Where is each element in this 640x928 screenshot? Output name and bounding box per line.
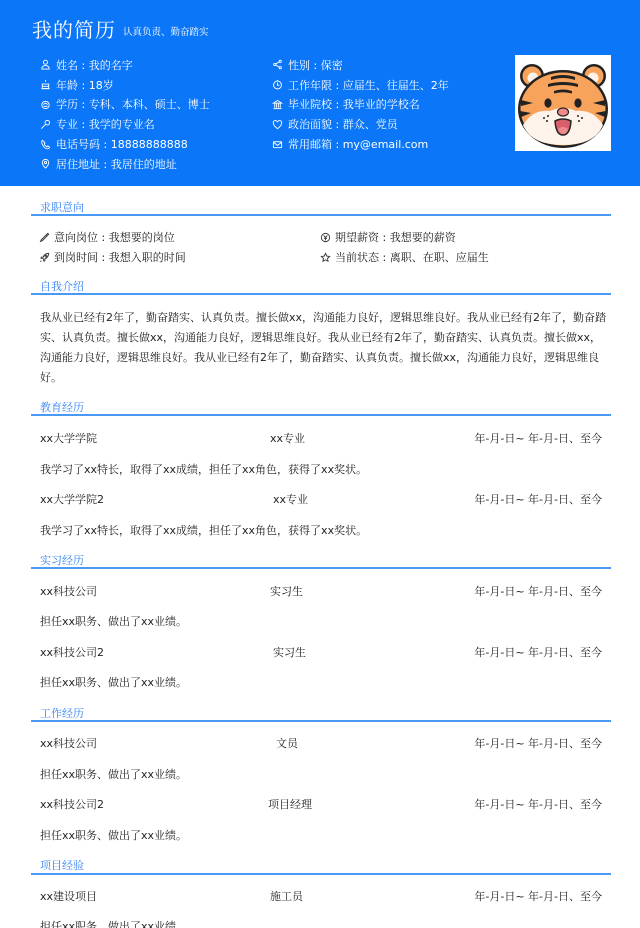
salary-icon <box>319 231 332 244</box>
work-entry-1: xx科技公司 文员 年-月-日~ 年-月-日、至今 <box>40 735 602 751</box>
resume-motto: 认真负责、勤奋踏实 <box>123 24 209 38</box>
entry-date: 年-月-日~ 年-月-日、至今 <box>474 583 602 599</box>
entry-role: xx专业 <box>270 430 305 446</box>
tiger-avatar-icon <box>515 55 611 151</box>
phone-icon <box>38 137 52 151</box>
internship-entry-2: xx科技公司2 实习生 年-月-日~ 年-月-日、至今 <box>40 644 602 660</box>
rocket-icon <box>38 251 51 264</box>
entry-name: xx科技公司2 <box>40 796 104 812</box>
mail-icon <box>270 137 284 151</box>
entry-description: 担任xx职务、做出了xx业绩。 <box>40 827 187 843</box>
intent-value: 离职、在职、应届生 <box>390 249 489 265</box>
star-icon <box>319 251 332 264</box>
info-school: 毕业院校 我毕业的学校名 <box>270 95 449 115</box>
wrench-icon <box>38 117 52 131</box>
intent-value: 我想入职的时间 <box>109 249 186 265</box>
entry-name: xx科技公司 <box>40 583 97 599</box>
info-name: 姓名 我的名字 <box>38 55 210 75</box>
section-divider <box>31 567 611 569</box>
intent-position: 意向岗位 我想要的岗位 <box>38 229 175 245</box>
entry-role: 项目经理 <box>268 796 312 812</box>
entry-name: xx科技公司 <box>40 735 97 751</box>
entry-name: xx大学学院2 <box>40 491 104 507</box>
info-value: 我居住的地址 <box>111 156 177 172</box>
info-value: 我的名字 <box>89 57 133 73</box>
info-value: 应届生、往届生、2年 <box>343 77 449 93</box>
intent-value: 我想要的薪资 <box>390 229 456 245</box>
section-divider <box>31 873 611 875</box>
education-icon <box>38 97 52 111</box>
info-politics: 政治面貌 群众、党员 <box>270 114 449 134</box>
info-work-years: 工作年限 应届生、往届生、2年 <box>270 75 449 95</box>
avatar <box>515 55 611 151</box>
info-value: 18888888888 <box>111 138 188 151</box>
info-address: 居住地址 我居住的地址 <box>38 154 210 174</box>
intent-salary: 期望薪资 我想要的薪资 <box>319 229 456 245</box>
education-entry-1: xx大学学院 xx专业 年-月-日~ 年-月-日、至今 <box>40 430 602 446</box>
entry-name: xx大学学院 <box>40 430 97 446</box>
info-email: 常用邮箱 my@email.com <box>270 134 449 154</box>
info-gender: 性别 保密 <box>270 55 449 75</box>
entry-description: 我学习了xx特长，取得了xx成绩，担任了xx角色，获得了xx奖状。 <box>40 461 367 477</box>
info-value: 保密 <box>321 57 343 73</box>
section-title-intro: 自我介绍 <box>40 278 84 294</box>
heart-icon <box>270 117 284 131</box>
info-value: 专科、本科、硕士、博士 <box>89 96 210 112</box>
entry-date: 年-月-日~ 年-月-日、至今 <box>474 888 602 904</box>
info-value: 群众、党员 <box>343 116 398 132</box>
info-education: 学历 专科、本科、硕士、博士 <box>38 95 210 115</box>
entry-role: 施工员 <box>270 888 303 904</box>
section-title-internship: 实习经历 <box>40 552 84 568</box>
info-value: 我学的专业名 <box>89 116 155 132</box>
section-title-project: 项目经验 <box>40 857 84 873</box>
entry-date: 年-月-日~ 年-月-日、至今 <box>474 735 602 751</box>
project-entry-1: xx建设项目 施工员 年-月-日~ 年-月-日、至今 <box>40 888 602 904</box>
entry-description: 担任xx职务、做出了xx业绩。 <box>40 918 187 928</box>
internship-entry-1: xx科技公司 实习生 年-月-日~ 年-月-日、至今 <box>40 583 602 599</box>
info-value: my@email.com <box>343 138 429 151</box>
entry-date: 年-月-日~ 年-月-日、至今 <box>474 644 602 660</box>
section-title-intent: 求职意向 <box>40 199 84 215</box>
entry-date: 年-月-日~ 年-月-日、至今 <box>474 491 602 507</box>
clock-icon <box>270 78 284 92</box>
entry-role: xx专业 <box>273 491 308 507</box>
school-icon <box>270 97 284 111</box>
info-value: 我毕业的学校名 <box>343 96 420 112</box>
entry-description: 担任xx职务、做出了xx业绩。 <box>40 674 187 690</box>
work-entry-2: xx科技公司2 项目经理 年-月-日~ 年-月-日、至今 <box>40 796 602 812</box>
entry-date: 年-月-日~ 年-月-日、至今 <box>474 430 602 446</box>
entry-role: 文员 <box>276 735 298 751</box>
entry-date: 年-月-日~ 年-月-日、至今 <box>474 796 602 812</box>
info-phone: 电话号码 18888888888 <box>38 134 210 154</box>
intent-start-time: 到岗时间 我想入职的时间 <box>38 249 186 265</box>
entry-name: xx建设项目 <box>40 888 97 904</box>
location-icon <box>38 157 52 171</box>
resume-header: 我的简历 认真负责、勤奋踏实 姓名 我的名字 年龄 18岁 学历 专科、本科、硕… <box>0 0 640 186</box>
entry-description: 担任xx职务、做出了xx业绩。 <box>40 766 187 782</box>
share-icon <box>270 58 284 72</box>
info-major: 专业 我学的专业名 <box>38 114 210 134</box>
entry-role: 实习生 <box>270 583 303 599</box>
entry-role: 实习生 <box>273 644 306 660</box>
section-title-education: 教育经历 <box>40 399 84 415</box>
pen-icon <box>38 231 51 244</box>
education-entry-2: xx大学学院2 xx专业 年-月-日~ 年-月-日、至今 <box>40 491 602 507</box>
section-title-work: 工作经历 <box>40 705 84 721</box>
intent-status: 当前状态 离职、在职、应届生 <box>319 249 489 265</box>
info-age: 年龄 18岁 <box>38 75 210 95</box>
intent-value: 我想要的岗位 <box>109 229 175 245</box>
entry-description: 担任xx职务、做出了xx业绩。 <box>40 613 187 629</box>
personal-info-right: 性别 保密 工作年限 应届生、往届生、2年 毕业院校 我毕业的学校名 政治面貌 … <box>270 55 449 154</box>
section-divider <box>31 414 611 416</box>
personal-info-left: 姓名 我的名字 年龄 18岁 学历 专科、本科、硕士、博士 专业 我学的专业名 … <box>38 55 210 174</box>
user-icon <box>38 58 52 72</box>
section-divider <box>31 293 611 295</box>
cake-icon <box>38 78 52 92</box>
entry-name: xx科技公司2 <box>40 644 104 660</box>
info-value: 18岁 <box>89 77 114 93</box>
section-divider <box>31 214 611 216</box>
self-intro-text: 我从业已经有2年了，勤奋踏实、认真负责。擅长做xx，沟通能力良好，逻辑思维良好。… <box>40 308 606 388</box>
entry-description: 我学习了xx特长，取得了xx成绩，担任了xx角色，获得了xx奖状。 <box>40 522 367 538</box>
resume-title: 我的简历 <box>32 14 116 43</box>
section-divider <box>31 720 611 722</box>
